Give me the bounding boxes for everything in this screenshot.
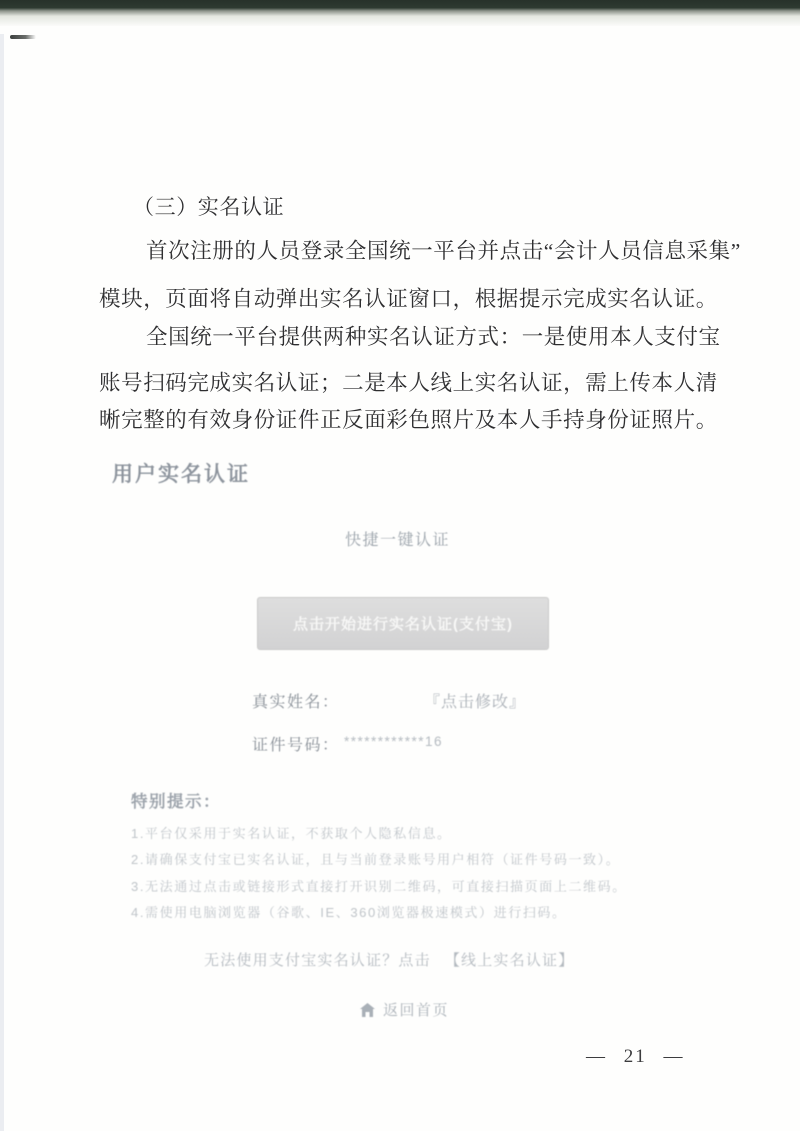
tip-item-1: 1.平台仅采用于实名认证，不获取个人隐私信息。 bbox=[131, 823, 452, 842]
special-tips-title: 特别提示： bbox=[131, 788, 221, 812]
tip-item-3: 3.无法通过点击或链接形式直接打开识别二维码，可直接扫描页面上二维码。 bbox=[131, 876, 627, 895]
back-home-link[interactable]: 返回首页 bbox=[360, 999, 449, 1020]
real-name-value[interactable]: 『点击修改』 bbox=[424, 689, 526, 712]
auth-page-title: 用户实名认证 bbox=[112, 458, 250, 488]
real-name-label: 真实姓名： bbox=[252, 689, 340, 712]
back-home-label: 返回首页 bbox=[383, 999, 449, 1020]
alt-auth-footer: 无法使用支付宝实名认证？点击 【线上实名认证】 bbox=[204, 949, 574, 970]
alt-auth-question: 无法使用支付宝实名认证？点击 bbox=[204, 949, 431, 970]
tip-item-2: 2.请确保支付宝已实名认证，且与当前登录账号用户相符（证件号码一致）。 bbox=[131, 849, 620, 868]
tip-item-4: 4.需使用电脑浏览器（谷歌、IE、360浏览器极速模式）进行扫码。 bbox=[131, 902, 567, 921]
start-auth-button[interactable]: 点击开始进行实名认证(支付宝) bbox=[257, 597, 549, 650]
id-number-value: ************16 bbox=[344, 734, 443, 749]
tab-quick-auth[interactable]: 快捷一键认证 bbox=[345, 527, 450, 550]
embedded-screenshot: 用户实名认证 快捷一键认证 点击开始进行实名认证(支付宝) 真实姓名： 『点击修… bbox=[0, 0, 800, 1131]
online-auth-link[interactable]: 【线上实名认证】 bbox=[445, 949, 575, 970]
home-icon bbox=[360, 1003, 375, 1017]
start-auth-button-label: 点击开始进行实名认证(支付宝) bbox=[293, 613, 513, 634]
page-number: — 21 — bbox=[586, 1046, 685, 1068]
id-number-label: 证件号码： bbox=[252, 732, 340, 755]
scanned-page: （三）实名认证 首次注册的人员登录全国统一平台并点击“会计人员信息采集” 模块，… bbox=[0, 0, 800, 1131]
